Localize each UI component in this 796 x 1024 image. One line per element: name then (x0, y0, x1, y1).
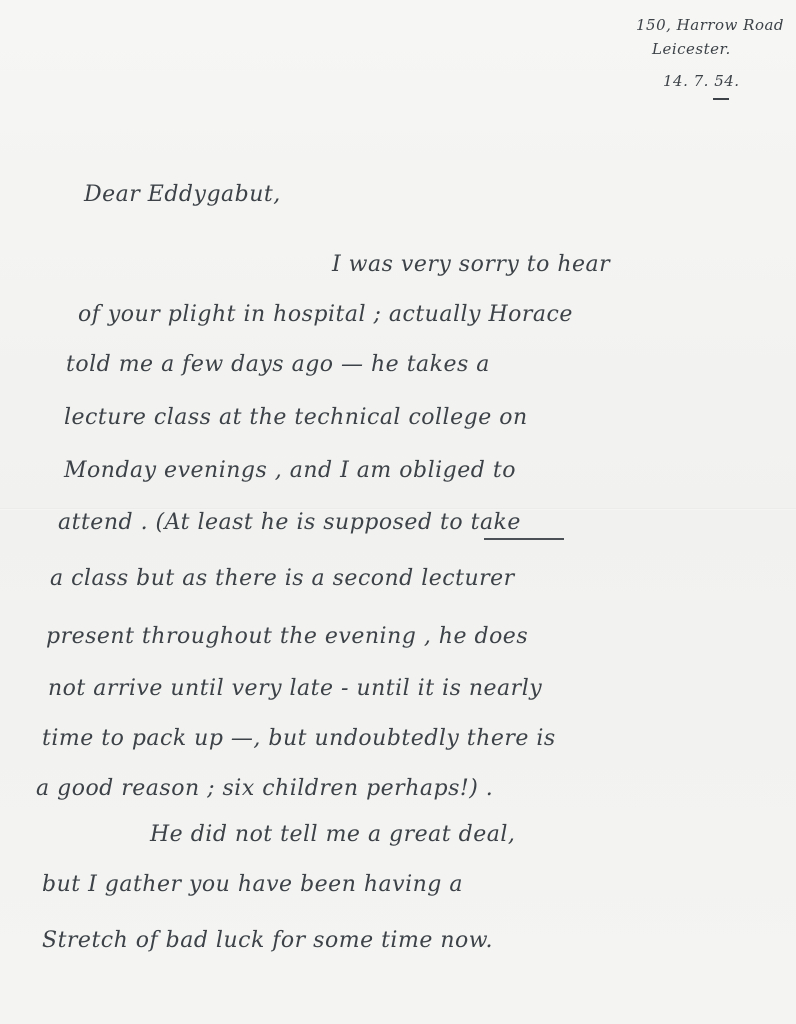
letter-line: lecture class at the technical college o… (64, 405, 528, 430)
letter-date: 14. 7. 54. (663, 70, 740, 92)
letter-line: time to pack up —, but undoubtedly there… (42, 726, 556, 751)
letter-line: attend . (At least he is supposed to tak… (58, 510, 521, 535)
letter-line: Stretch of bad luck for some time now. (42, 928, 493, 953)
letter-line: a good reason ; six children perhaps!) . (36, 776, 493, 801)
address-street: 150, Harrow Road (636, 14, 784, 36)
letter-line: Monday evenings , and I am obliged to (64, 458, 516, 483)
letter-line: present throughout the evening , he does (46, 624, 528, 649)
letter-line: but I gather you have been having a (42, 872, 463, 897)
salutation: Dear Eddygabut, (84, 182, 281, 207)
letter-line: not arrive until very late - until it is… (48, 676, 542, 701)
letter-line: of your plight in hospital ; actually Ho… (78, 302, 573, 327)
address-city: Leicester. (652, 38, 731, 60)
supposed-underline (484, 538, 564, 540)
letter-line: He did not tell me a great deal, (150, 822, 515, 847)
letter-page: 150, Harrow Road Leicester. 14. 7. 54. D… (0, 0, 796, 1024)
letter-line: a class but as there is a second lecture… (50, 566, 515, 591)
letter-line: I was very sorry to hear (332, 252, 610, 277)
date-underline (713, 98, 729, 100)
letter-line: told me a few days ago — he takes a (66, 352, 490, 377)
